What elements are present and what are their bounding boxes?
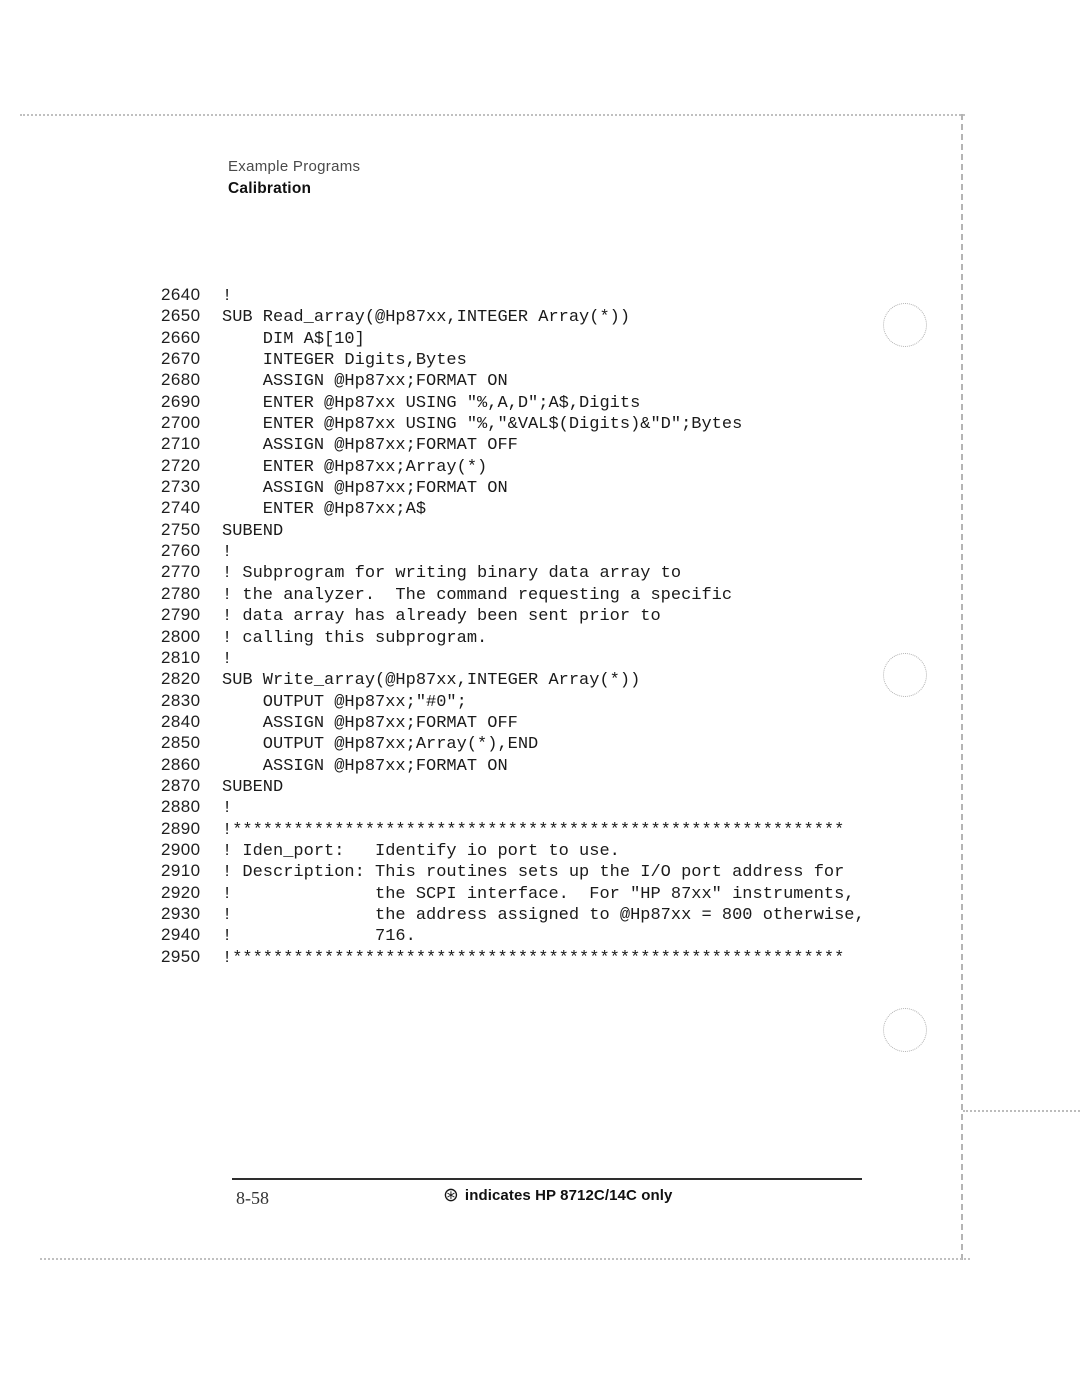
running-header: Example Programs Calibration <box>228 158 360 198</box>
line-number: 2840 <box>161 711 222 732</box>
line-code: ! Description: This routines sets up the… <box>222 862 844 883</box>
line-number: 2650 <box>161 305 222 326</box>
line-code: ENTER @Hp87xx;A$ <box>222 499 426 520</box>
code-line: 2800! calling this subprogram. <box>161 626 921 647</box>
line-number: 2740 <box>161 497 222 518</box>
line-number: 2910 <box>161 860 222 881</box>
line-code: ! <box>222 798 232 819</box>
line-code: SUB Write_array(@Hp87xx,INTEGER Array(*)… <box>222 670 640 691</box>
code-line: 2730 ASSIGN @Hp87xx;FORMAT ON <box>161 476 921 497</box>
code-listing: 2640!2650SUB Read_array(@Hp87xx,INTEGER … <box>161 284 921 967</box>
footer-note-text: indicates HP 8712C/14C only <box>465 1187 673 1204</box>
code-line: 2830 OUTPUT @Hp87xx;"#0"; <box>161 690 921 711</box>
line-number: 2770 <box>161 561 222 582</box>
line-number: 2780 <box>161 583 222 604</box>
line-code: OUTPUT @Hp87xx;Array(*),END <box>222 734 538 755</box>
line-number: 2800 <box>161 626 222 647</box>
code-line: 2690 ENTER @Hp87xx USING "%,A,D";A$,Digi… <box>161 391 921 412</box>
code-line: 2710 ASSIGN @Hp87xx;FORMAT OFF <box>161 433 921 454</box>
line-number: 2720 <box>161 455 222 476</box>
line-code: ! <box>222 649 232 670</box>
line-code: ! data array has already been sent prior… <box>222 606 661 627</box>
line-code: ! the analyzer. The command requesting a… <box>222 585 732 606</box>
line-code: ENTER @Hp87xx USING "%,A,D";A$,Digits <box>222 393 640 414</box>
line-number: 2890 <box>161 818 222 839</box>
line-code: ! Iden_port: Identify io port to use. <box>222 841 620 862</box>
code-line: 2790! data array has already been sent p… <box>161 604 921 625</box>
code-line: 2670 INTEGER Digits,Bytes <box>161 348 921 369</box>
code-line: 2750SUBEND <box>161 519 921 540</box>
perforation-line-right-stub <box>963 1110 1080 1112</box>
circled-asterisk-icon: ⊛ <box>443 1186 459 1205</box>
line-number: 2660 <box>161 327 222 348</box>
line-code: !***************************************… <box>222 948 844 969</box>
code-line: 2700 ENTER @Hp87xx USING "%,"&VAL$(Digit… <box>161 412 921 433</box>
code-line: 2880! <box>161 796 921 817</box>
line-number: 2730 <box>161 476 222 497</box>
line-number: 2680 <box>161 369 222 390</box>
line-number: 2850 <box>161 732 222 753</box>
line-code: ! the SCPI interface. For "HP 87xx" inst… <box>222 884 855 905</box>
line-number: 2940 <box>161 924 222 945</box>
code-line: 2910! Description: This routines sets up… <box>161 860 921 881</box>
line-code: DIM A$[10] <box>222 329 365 350</box>
line-number: 2830 <box>161 690 222 711</box>
code-line: 2950!***********************************… <box>161 946 921 967</box>
code-line: 2780! the analyzer. The command requesti… <box>161 583 921 604</box>
perforation-line-top <box>20 114 965 116</box>
line-number: 2870 <box>161 775 222 796</box>
code-line: 2860 ASSIGN @Hp87xx;FORMAT ON <box>161 754 921 775</box>
code-line: 2870SUBEND <box>161 775 921 796</box>
code-line: 2930! the address assigned to @Hp87xx = … <box>161 903 921 924</box>
line-code: ASSIGN @Hp87xx;FORMAT OFF <box>222 713 518 734</box>
footer-note: ⊛ indicates HP 8712C/14C only <box>443 1186 672 1205</box>
line-number: 2700 <box>161 412 222 433</box>
line-number: 2790 <box>161 604 222 625</box>
line-number: 2860 <box>161 754 222 775</box>
code-line: 2820SUB Write_array(@Hp87xx,INTEGER Arra… <box>161 668 921 689</box>
code-line: 2650SUB Read_array(@Hp87xx,INTEGER Array… <box>161 305 921 326</box>
line-number: 2900 <box>161 839 222 860</box>
perforation-line-bottom <box>40 1258 970 1260</box>
code-line: 2660 DIM A$[10] <box>161 327 921 348</box>
line-code: ! <box>222 286 232 307</box>
line-number: 2690 <box>161 391 222 412</box>
line-code: ! Subprogram for writing binary data arr… <box>222 563 681 584</box>
line-code: ! <box>222 542 232 563</box>
line-code: SUBEND <box>222 521 283 542</box>
line-code: OUTPUT @Hp87xx;"#0"; <box>222 692 467 713</box>
line-code: ENTER @Hp87xx USING "%,"&VAL$(Digits)&"D… <box>222 414 742 435</box>
line-code: ASSIGN @Hp87xx;FORMAT OFF <box>222 435 518 456</box>
code-line: 2900! Iden_port: Identify io port to use… <box>161 839 921 860</box>
code-line: 2740 ENTER @Hp87xx;A$ <box>161 497 921 518</box>
code-line: 2680 ASSIGN @Hp87xx;FORMAT ON <box>161 369 921 390</box>
line-number: 2920 <box>161 882 222 903</box>
code-line: 2940! 716. <box>161 924 921 945</box>
line-number: 2810 <box>161 647 222 668</box>
line-number: 2950 <box>161 946 222 967</box>
section-title: Calibration <box>228 180 360 198</box>
line-code: !***************************************… <box>222 820 844 841</box>
code-line: 2760! <box>161 540 921 561</box>
scanned-manual-page: Example Programs Calibration 2640!2650SU… <box>0 0 1080 1397</box>
line-code: ! the address assigned to @Hp87xx = 800 … <box>222 905 865 926</box>
line-code: SUBEND <box>222 777 283 798</box>
page-number: 8-58 <box>236 1188 269 1209</box>
line-number: 2760 <box>161 540 222 561</box>
line-code: ! 716. <box>222 926 416 947</box>
line-number: 2880 <box>161 796 222 817</box>
line-code: SUB Read_array(@Hp87xx,INTEGER Array(*)) <box>222 307 630 328</box>
footer-rule <box>232 1178 862 1180</box>
chapter-title: Example Programs <box>228 158 360 175</box>
line-number: 2670 <box>161 348 222 369</box>
line-code: ! calling this subprogram. <box>222 628 487 649</box>
line-number: 2750 <box>161 519 222 540</box>
line-code: ASSIGN @Hp87xx;FORMAT ON <box>222 371 508 392</box>
code-line: 2850 OUTPUT @Hp87xx;Array(*),END <box>161 732 921 753</box>
line-number: 2640 <box>161 284 222 305</box>
punch-hole-mark-bottom <box>883 1008 927 1052</box>
line-code: ASSIGN @Hp87xx;FORMAT ON <box>222 478 508 499</box>
perforation-line-right <box>961 114 963 1260</box>
line-code: ASSIGN @Hp87xx;FORMAT ON <box>222 756 508 777</box>
line-number: 2820 <box>161 668 222 689</box>
line-code: INTEGER Digits,Bytes <box>222 350 467 371</box>
code-line: 2640! <box>161 284 921 305</box>
code-line: 2890!***********************************… <box>161 818 921 839</box>
line-number: 2930 <box>161 903 222 924</box>
code-line: 2840 ASSIGN @Hp87xx;FORMAT OFF <box>161 711 921 732</box>
code-line: 2770! Subprogram for writing binary data… <box>161 561 921 582</box>
code-line: 2720 ENTER @Hp87xx;Array(*) <box>161 455 921 476</box>
line-number: 2710 <box>161 433 222 454</box>
code-line: 2920! the SCPI interface. For "HP 87xx" … <box>161 882 921 903</box>
code-line: 2810! <box>161 647 921 668</box>
line-code: ENTER @Hp87xx;Array(*) <box>222 457 487 478</box>
